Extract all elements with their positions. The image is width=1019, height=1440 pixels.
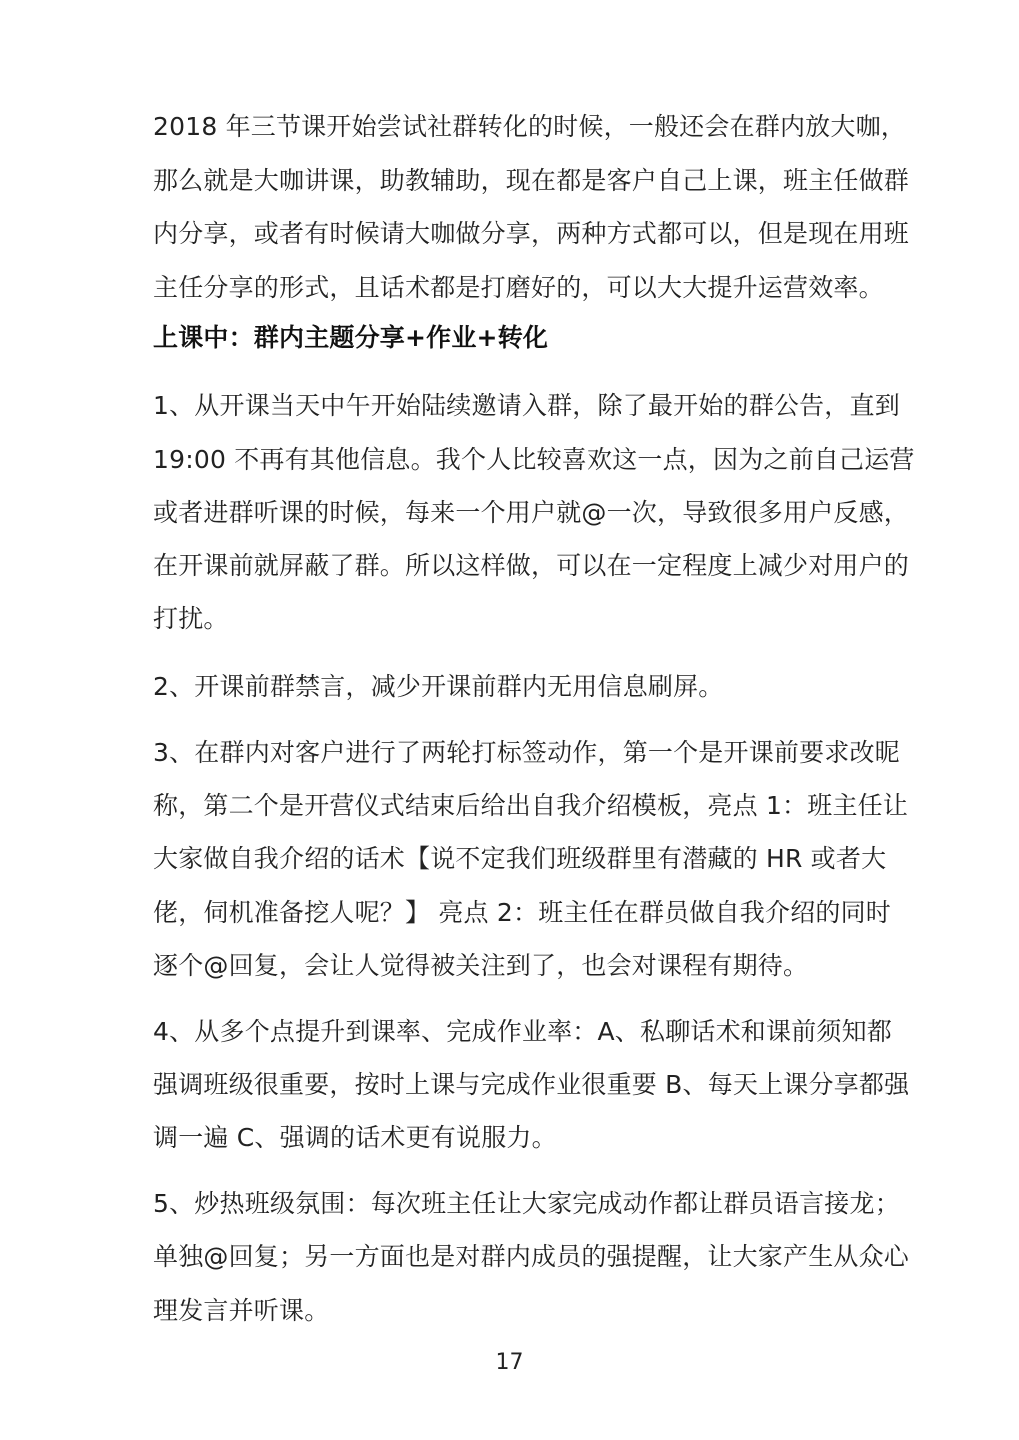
text-line: 1、从开课当天中午开始陆续邀请入群，除了最开始的群公告，直到 xyxy=(153,390,873,422)
text-line: 5、炒热班级氛围：每次班主任让大家完成动作都让群员语言接龙； xyxy=(153,1188,873,1220)
text-line: 19:00 不再有其他信息。我个人比较喜欢这一点，因为之前自己运营 xyxy=(153,444,873,476)
text-line: 强调班级很重要，按时上课与完成作业很重要 B、每天上课分享都强 xyxy=(153,1069,873,1101)
text-line: 大家做自我介绍的话术【说不定我们班级群里有潜藏的 HR 或者大 xyxy=(153,843,873,875)
text-line: 称，第二个是开营仪式结束后给出自我介绍模板，亮点 1：班主任让 xyxy=(153,790,873,822)
text-line: 逐个@回复，会让人觉得被关注到了，也会对课程有期待。 xyxy=(153,950,873,982)
text-line: 理发言并听课。 xyxy=(153,1295,873,1327)
text-line: 打扰。 xyxy=(153,603,873,635)
section-heading: 上课中：群内主题分享+作业+转化 xyxy=(153,322,873,354)
text-line: 2018 年三节课开始尝试社群转化的时候，一般还会在群内放大咖， xyxy=(153,111,873,143)
text-line: 内分享，或者有时候请大咖做分享，两种方式都可以，但是现在用班 xyxy=(153,218,873,250)
page-number: 17 xyxy=(0,1349,1019,1377)
text-line: 4、从多个点提升到课率、完成作业率：A、私聊话术和课前须知都 xyxy=(153,1016,873,1048)
text-line: 3、在群内对客户进行了两轮打标签动作，第一个是开课前要求改昵 xyxy=(153,737,873,769)
document-page: 2018 年三节课开始尝试社群转化的时候，一般还会在群内放大咖， 那么就是大咖讲… xyxy=(0,0,1019,1440)
text-line: 或者进群听课的时候，每来一个用户就@一次，导致很多用户反感， xyxy=(153,497,873,529)
text-line: 单独@回复；另一方面也是对群内成员的强提醒，让大家产生从众心 xyxy=(153,1241,873,1273)
text-line: 主任分享的形式，且话术都是打磨好的，可以大大提升运营效率。 xyxy=(153,272,873,304)
text-line: 调一遍 C、强调的话术更有说服力。 xyxy=(153,1122,873,1154)
text-line: 2、开课前群禁言，减少开课前群内无用信息刷屏。 xyxy=(153,671,873,703)
text-line: 那么就是大咖讲课，助教辅助，现在都是客户自己上课，班主任做群 xyxy=(153,165,873,197)
text-line: 在开课前就屏蔽了群。所以这样做，可以在一定程度上减少对用户的 xyxy=(153,550,873,582)
text-line: 佬，伺机准备挖人呢？】 亮点 2：班主任在群员做自我介绍的同时 xyxy=(153,897,873,929)
